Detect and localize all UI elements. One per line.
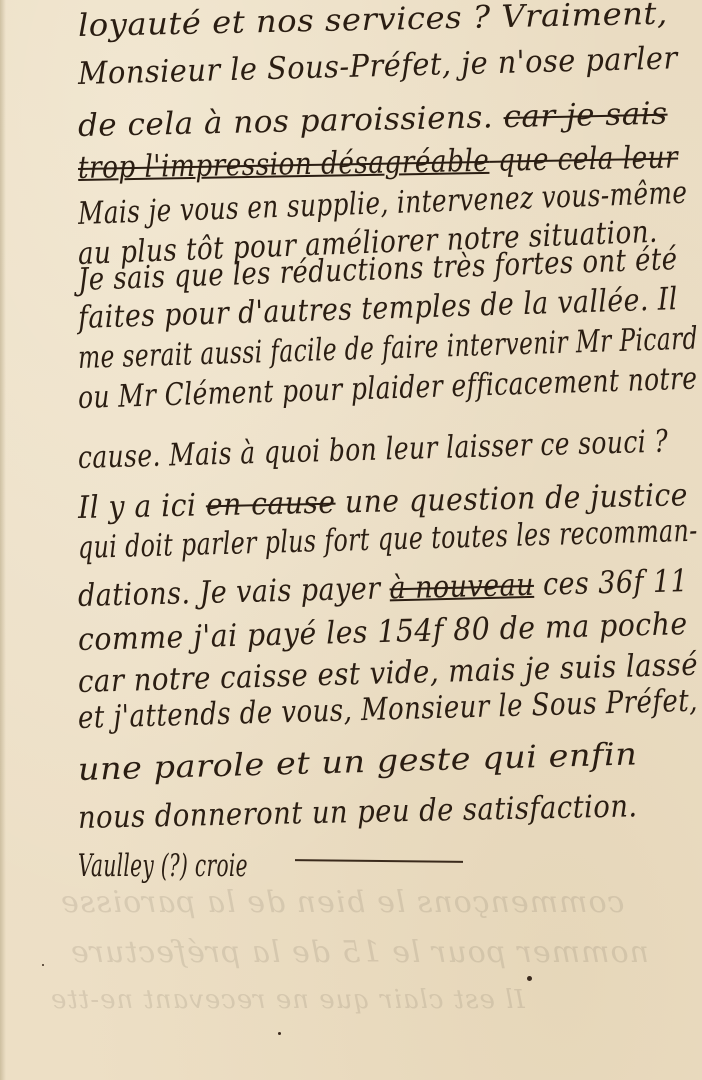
struck-out-text: que cela leur (489, 140, 678, 179)
handwritten-line: dations. Je vais payer à nouveau ces 36f… (78, 563, 689, 614)
line-text: nous donneront un peu de satisfaction. (78, 788, 638, 836)
line-text: Vaulley (?) croie (78, 848, 248, 884)
signature-rule (295, 859, 463, 863)
line-text: Monsieur le Sous-Préfet, je n'ose parler (78, 40, 679, 92)
handwritten-line: loyauté et nos services ? Vraiment, (78, 0, 668, 44)
page-edge-shadow (0, 0, 6, 1080)
struck-out-text: à nouveau (389, 567, 534, 607)
ink-spot (42, 964, 44, 966)
struck-out-text: car je sais (503, 96, 668, 135)
signature-line: Vaulley (?) croie (78, 848, 248, 884)
ink-spot (527, 976, 532, 981)
line-text: cause. Mais à quoi bon leur laisser ce s… (77, 424, 668, 476)
line-text: dations. Je vais payer (78, 570, 390, 614)
line-text: une parole et un geste qui enfin (77, 736, 637, 788)
bleed-through-text: commençons le bien de la paroisse (60, 885, 624, 920)
manuscript-page: commençons le bien de la paroisse nommer… (0, 0, 702, 1080)
struck-out-text: en cause (205, 485, 335, 524)
handwritten-line: une parole et un geste qui enfin (77, 736, 637, 788)
bleed-through-text: nommer pour le 15 de la préfecture (70, 935, 649, 970)
line-text: de cela à nos paroissiens. (78, 99, 504, 144)
handwritten-line: cause. Mais à quoi bon leur laisser ce s… (77, 424, 668, 476)
line-text: ces 36f 11 (533, 563, 688, 603)
line-text: Il y a ici (78, 487, 207, 526)
handwritten-line: nous donneront un peu de satisfaction. (78, 788, 638, 836)
struck-out-text: trop l'impression désagréable (78, 143, 490, 186)
ink-spot (278, 1032, 281, 1035)
bleed-through-text: Il est clair que ne recevant ne-tte (50, 985, 525, 1015)
handwritten-line: de cela à nos paroissiens. car je sais (78, 96, 668, 144)
line-text: loyauté et nos services ? Vraiment, (78, 0, 668, 44)
handwritten-line: Monsieur le Sous-Préfet, je n'ose parler (78, 40, 679, 92)
